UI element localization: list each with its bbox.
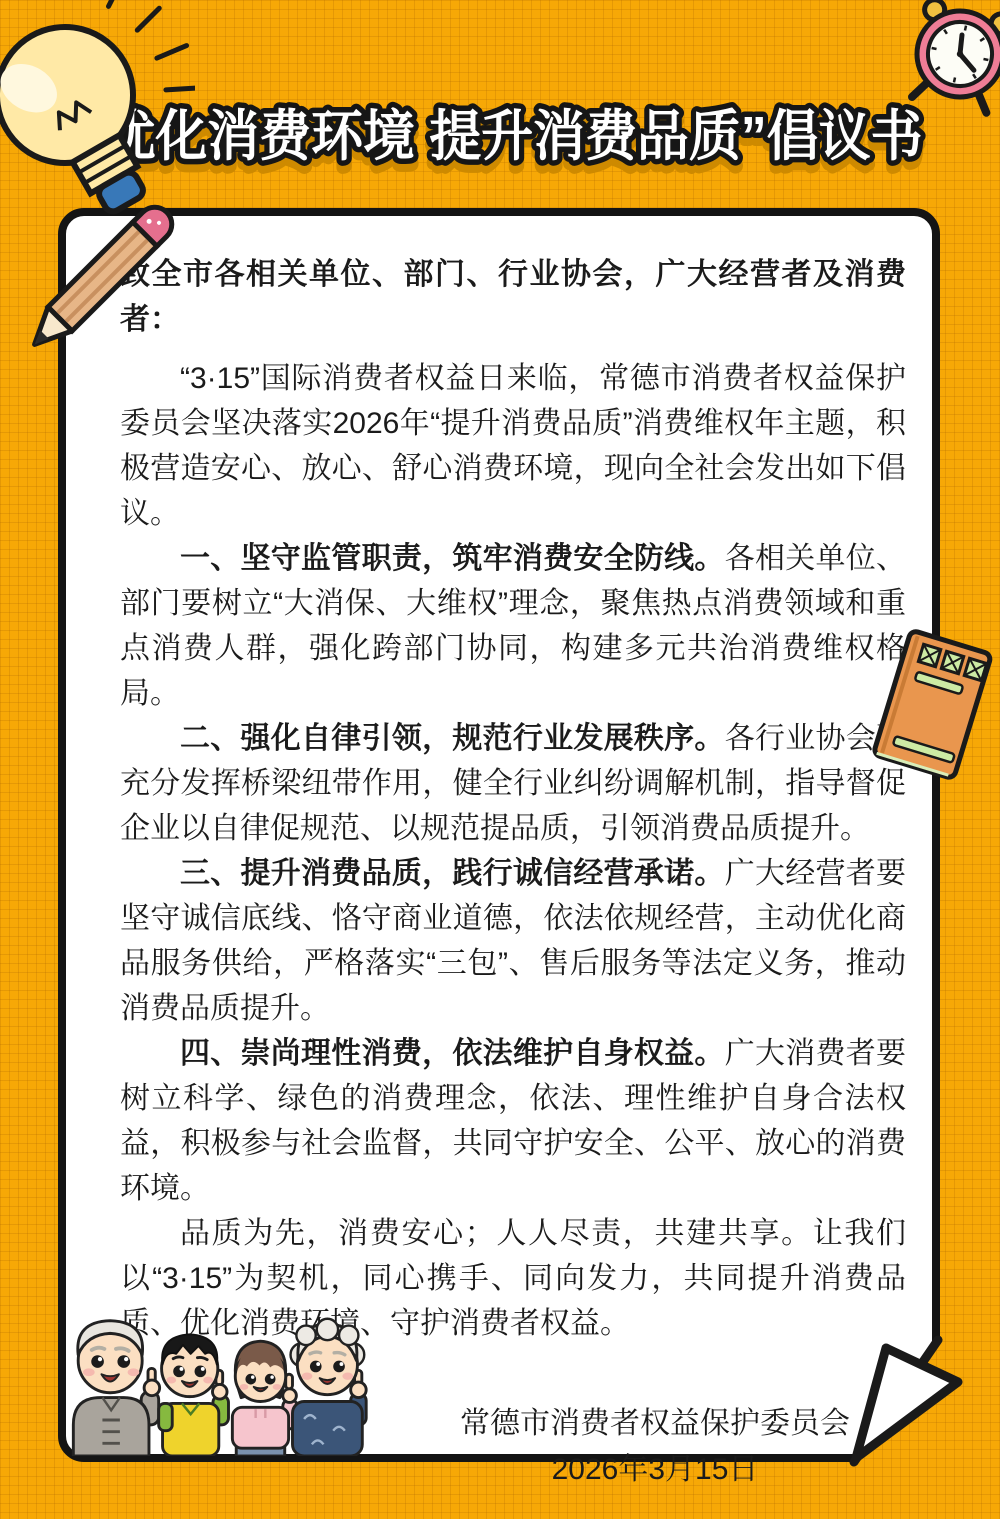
page-title-text: “优化消费环境 提升消费品质”倡议书: [78, 105, 923, 167]
paragraph-3: 三、提升消费品质，践行诚信经营承诺。广大经营者要坚守诚信底线、恪守商业道德，依法…: [120, 851, 906, 1031]
grandma-figure: [291, 1319, 367, 1456]
proposal-body: 致全市各相关单位、部门、行业协会，广大经营者及消费者： “3·15”国际消费者权…: [120, 252, 906, 1493]
alarm-clock-icon: [900, 0, 1000, 140]
paragraph-1: 一、坚守监管职责，筑牢消费安全防线。各相关单位、部门要树立“大消保、大维权”理念…: [120, 536, 906, 716]
proposal-card: 致全市各相关单位、部门、行业协会，广大经营者及消费者： “3·15”国际消费者权…: [58, 208, 940, 1462]
signature-date: 2026年3月15日: [460, 1447, 850, 1493]
signature-org: 常德市消费者权益保护委员会: [460, 1401, 850, 1447]
boy-figure: [159, 1334, 229, 1456]
paragraph-lead: 二、强化自律引领，规范行业发展秩序。: [180, 722, 725, 755]
paragraph-lead: 一、坚守监管职责，筑牢消费安全防线。: [180, 542, 725, 575]
pencil-icon: [26, 166, 211, 356]
paragraph-lead: 四、崇尚理性消费，依法维护自身权益。: [180, 1037, 725, 1070]
paragraph-text: “3·15”国际消费者权益日来临，常德市消费者权益保护委员会坚决落实2026年“…: [120, 362, 906, 530]
paragraph-lead: 三、提升消费品质，践行诚信经营承诺。: [180, 857, 725, 890]
grandpa-figure: [73, 1321, 159, 1456]
family-thumbs-up-illustration: [52, 1310, 372, 1456]
paragraph-intro: “3·15”国际消费者权益日来临，常德市消费者权益保护委员会坚决落实2026年“…: [120, 356, 906, 536]
girl-figure: [232, 1341, 297, 1456]
notebook-icon: [868, 618, 1000, 794]
folded-page-corner: [830, 1315, 980, 1480]
paragraph-4: 四、崇尚理性消费，依法维护自身权益。广大消费者要树立科学、绿色的消费理念，依法、…: [120, 1031, 906, 1211]
salutation: 致全市各相关单位、部门、行业协会，广大经营者及消费者：: [120, 252, 906, 342]
poster-canvas: { "page_title": "“优化消费环境 提升消费品质”倡议书", "c…: [0, 0, 1000, 1519]
paragraph-2: 二、强化自律引领，规范行业发展秩序。各行业协会要充分发挥桥梁纽带作用，健全行业纠…: [120, 716, 906, 851]
